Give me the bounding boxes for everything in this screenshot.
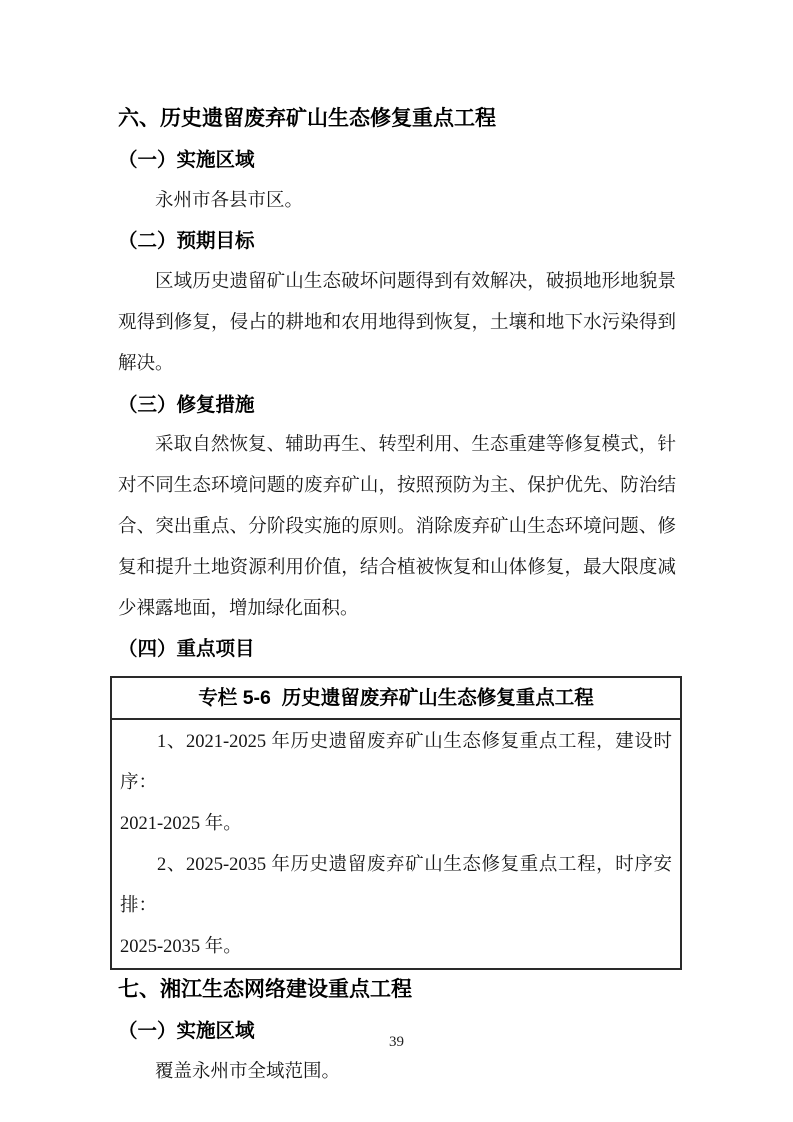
- document-page: 六、历史遗留废弃矿山生态修复重点工程 （一）实施区域 永州市各县市区。 （二）预…: [0, 0, 793, 1122]
- project-box-body: 1、2021-2025 年历史遗留废弃矿山生态修复重点工程，建设时序： 2021…: [112, 720, 680, 968]
- section-6-sub4-heading: （四）重点项目: [118, 629, 676, 670]
- page-content: 六、历史遗留废弃矿山生态修复重点工程 （一）实施区域 永州市各县市区。 （二）预…: [118, 99, 676, 1093]
- project-box-item-2: 2、2025-2035 年历史遗留废弃矿山生态修复重点工程，时序安排： 2025…: [120, 845, 672, 968]
- section-6-sub3-body: 采取自然恢复、辅助再生、转型利用、生态重建等修复模式，针对不同生态环境问题的废弃…: [118, 425, 676, 629]
- section-6-sub1-body: 永州市各县市区。: [118, 181, 676, 222]
- page-number: 39: [0, 1034, 793, 1051]
- project-box-title: 专栏 5-6 历史遗留废弃矿山生态修复重点工程: [112, 678, 680, 720]
- project-box-item-1: 1、2021-2025 年历史遗留废弃矿山生态修复重点工程，建设时序： 2021…: [120, 722, 672, 845]
- section-7-sub1-body: 覆盖永州市全域范围。: [118, 1052, 676, 1093]
- section-7-heading: 七、湘江生态网络建设重点工程: [118, 970, 676, 1011]
- section-6-sub1-heading: （一）实施区域: [118, 140, 676, 181]
- section-6-heading: 六、历史遗留废弃矿山生态修复重点工程: [118, 99, 676, 140]
- section-6-sub2-body: 区域历史遗留矿山生态破坏问题得到有效解决，破损地形地貌景观得到修复，侵占的耕地和…: [118, 262, 676, 384]
- section-6-sub3-heading: （三）修复措施: [118, 385, 676, 426]
- project-box-5-6: 专栏 5-6 历史遗留废弃矿山生态修复重点工程 1、2021-2025 年历史遗…: [110, 676, 682, 970]
- section-6-sub2-heading: （二）预期目标: [118, 221, 676, 262]
